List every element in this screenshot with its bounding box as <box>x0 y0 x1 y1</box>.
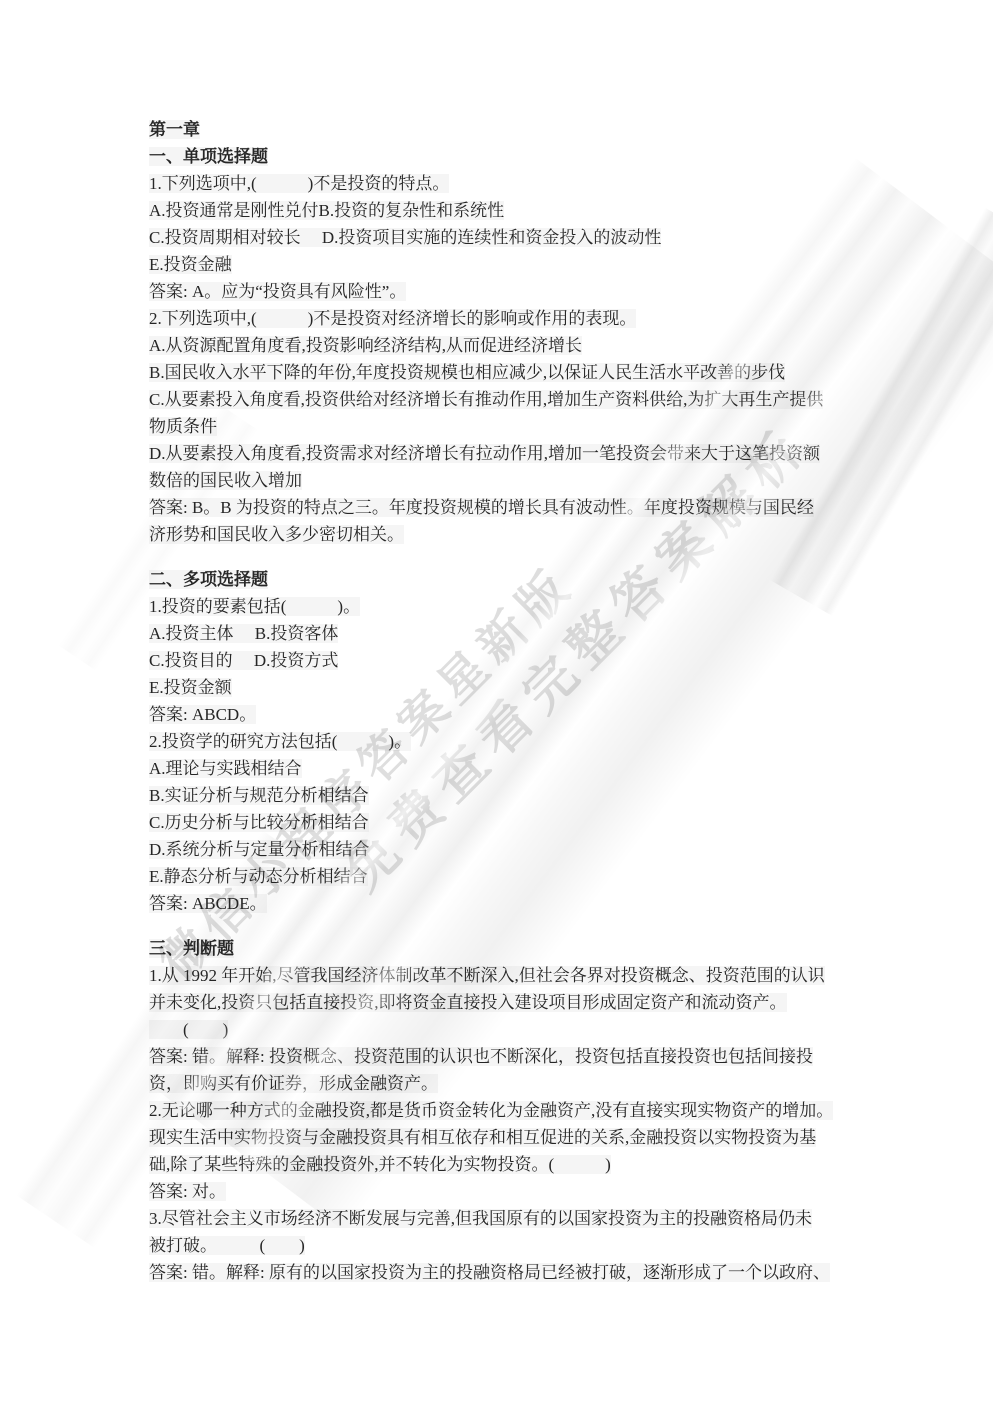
text-line: A.投资通常是刚性兑付B.投资的复杂性和系统性 <box>149 197 871 224</box>
text-line: 答案: 错。解释: 原有的以国家投资为主的投融资格局已经被打破，逐渐形成了一个以… <box>149 1259 871 1286</box>
text-line: 3.尽管社会主义市场经济不断发展与完善,但我国原有的以国家投资为主的投融资格局仍… <box>149 1205 871 1232</box>
text-line-text: 现实生活中实物投资与金融投资具有相互依存和相互促进的关系,金融投资以实物投资为基 <box>149 1128 816 1147</box>
text-line: 2.下列选项中,( )不是投资对经济增长的影响或作用的表现。 <box>149 305 871 332</box>
text-line-text: 3.尽管社会主义市场经济不断发展与完善,但我国原有的以国家投资为主的投融资格局仍… <box>149 1209 812 1228</box>
text-line-text: D.系统分析与定量分析相结合 <box>149 840 370 859</box>
text-line: E.投资金融 <box>149 251 871 278</box>
chapter-title-text: 第一章 <box>149 120 200 139</box>
text-line: 答案: 错。解释: 投资概念、投资范围的认识也不断深化，投资包括直接投资也包括间… <box>149 1043 871 1070</box>
text-line-text: 物质条件 <box>149 417 217 436</box>
text-line: 2.无论哪一种方式的金融投资,都是货币资金转化为金融资产,没有直接实现实物资产的… <box>149 1097 871 1124</box>
chapter-title: 第一章 <box>149 116 871 143</box>
text-line-text: C.投资目的 D.投资方式 <box>149 651 338 670</box>
document-content: 第一章 一、单项选择题1.下列选项中,( )不是投资的特点。A.投资通常是刚性兑… <box>149 116 871 1286</box>
text-line: 被打破。 ( ) <box>149 1232 871 1259</box>
text-line-text: 答案: A。应为“投资具有风险性”。 <box>149 282 406 301</box>
text-line-text: 答案: 错。解释: 投资概念、投资范围的认识也不断深化，投资包括直接投资也包括间… <box>149 1047 813 1066</box>
text-line-text: B.国民收入水平下降的年份,年度投资规模也相应减少,以保证人民生活水平改善的步伐 <box>149 363 785 382</box>
text-line-text: 答案: B。B 为投资的特点之三。年度投资规模的增长具有波动性。年度投资规模与国… <box>149 498 814 517</box>
text-line: 2.投资学的研究方法包括( )。 <box>149 728 871 755</box>
text-line-text: 资，即购买有价证券，形成金融资产。 <box>149 1074 438 1093</box>
text-line: 础,除了某些特殊的金融投资外,并不转化为实物投资。( ) <box>149 1151 871 1178</box>
text-line-text: E.静态分析与动态分析相结合 <box>149 867 368 886</box>
text-line: 济形势和国民收入多少密切相关。 <box>149 521 871 548</box>
text-line: 数倍的国民收入增加 <box>149 467 871 494</box>
text-line-text: E.投资金融 <box>149 255 232 274</box>
text-line: C.历史分析与比较分析相结合 <box>149 809 871 836</box>
text-line: D.从要素投入角度看,投资需求对经济增长有拉动作用,增加一笔投资会带来大于这笔投… <box>149 440 871 467</box>
text-line-text: 2.投资学的研究方法包括( )。 <box>149 732 411 751</box>
section-heading: 二、多项选择题 <box>149 566 871 593</box>
text-line-text: 答案: 错。解释: 原有的以国家投资为主的投融资格局已经被打破，逐渐形成了一个以… <box>149 1263 830 1282</box>
text-line: C.投资周期相对较长 D.投资项目实施的连续性和资金投入的波动性 <box>149 224 871 251</box>
text-line-text: ( ) <box>149 1020 228 1039</box>
text-line-text: 2.下列选项中,( )不是投资对经济增长的影响或作用的表现。 <box>149 309 636 328</box>
text-line: 物质条件 <box>149 413 871 440</box>
section-heading: 一、单项选择题 <box>149 143 871 170</box>
text-line: D.系统分析与定量分析相结合 <box>149 836 871 863</box>
text-line: E.投资金额 <box>149 674 871 701</box>
text-line: A.投资主体 B.投资客体 <box>149 620 871 647</box>
document-body: 一、单项选择题1.下列选项中,( )不是投资的特点。A.投资通常是刚性兑付B.投… <box>149 143 871 1286</box>
text-line: A.理论与实践相结合 <box>149 755 871 782</box>
text-line-text: C.投资周期相对较长 D.投资项目实施的连续性和资金投入的波动性 <box>149 228 661 247</box>
text-line-text: E.投资金额 <box>149 678 232 697</box>
text-line: 1.投资的要素包括( )。 <box>149 593 871 620</box>
text-line: 现实生活中实物投资与金融投资具有相互依存和相互促进的关系,金融投资以实物投资为基 <box>149 1124 871 1151</box>
text-line: C.投资目的 D.投资方式 <box>149 647 871 674</box>
text-line: 并未变化,投资只包括直接投资,即将资金直接投入建设项目形成固定资产和流动资产。 <box>149 989 871 1016</box>
text-line: 答案: A。应为“投资具有风险性”。 <box>149 278 871 305</box>
text-line: B.实证分析与规范分析相结合 <box>149 782 871 809</box>
section-heading-text: 二、多项选择题 <box>149 570 268 589</box>
scanned-document-page: 微信小程序答案星新版 免费查看完整答案解析 第一章 一、单项选择题1.下列选项中… <box>0 0 993 1404</box>
text-line-text: 1.投资的要素包括( )。 <box>149 597 360 616</box>
text-line-text: 1.从 1992 年开始,尽管我国经济体制改革不断深入,但社会各界对投资概念、投… <box>149 966 825 985</box>
section-heading: 三、判断题 <box>149 935 871 962</box>
text-line: 1.从 1992 年开始,尽管我国经济体制改革不断深入,但社会各界对投资概念、投… <box>149 962 871 989</box>
text-line: A.从资源配置角度看,投资影响经济结构,从而促进经济增长 <box>149 332 871 359</box>
text-line: 1.下列选项中,( )不是投资的特点。 <box>149 170 871 197</box>
text-line-text: 答案: ABCD。 <box>149 705 256 724</box>
text-line: 答案: 对。 <box>149 1178 871 1205</box>
text-line-text: 答案: ABCDE。 <box>149 894 267 913</box>
text-line: 资，即购买有价证券，形成金融资产。 <box>149 1070 871 1097</box>
text-line: B.国民收入水平下降的年份,年度投资规模也相应减少,以保证人民生活水平改善的步伐 <box>149 359 871 386</box>
text-line-text: D.从要素投入角度看,投资需求对经济增长有拉动作用,增加一笔投资会带来大于这笔投… <box>149 444 820 463</box>
text-line: E.静态分析与动态分析相结合 <box>149 863 871 890</box>
text-line-text: B.实证分析与规范分析相结合 <box>149 786 369 805</box>
text-line-text: A.理论与实践相结合 <box>149 759 302 778</box>
text-line-text: C.从要素投入角度看,投资供给对经济增长有推动作用,增加生产资料供给,为扩大再生… <box>149 390 823 409</box>
text-line-text: 并未变化,投资只包括直接投资,即将资金直接投入建设项目形成固定资产和流动资产。 <box>149 993 787 1012</box>
text-line-text: 济形势和国民收入多少密切相关。 <box>149 525 404 544</box>
text-line: 答案: ABCD。 <box>149 701 871 728</box>
section-heading-text: 三、判断题 <box>149 939 234 958</box>
text-line-text: 础,除了某些特殊的金融投资外,并不转化为实物投资。( ) <box>149 1155 611 1174</box>
text-line-text: C.历史分析与比较分析相结合 <box>149 813 369 832</box>
text-line-text: 数倍的国民收入增加 <box>149 471 302 490</box>
text-line-text: 被打破。 ( ) <box>149 1236 305 1255</box>
text-line: 答案: ABCDE。 <box>149 890 871 917</box>
text-line-text: 2.无论哪一种方式的金融投资,都是货币资金转化为金融资产,没有直接实现实物资产的… <box>149 1101 833 1120</box>
text-line-text: 1.下列选项中,( )不是投资的特点。 <box>149 174 449 193</box>
text-line: C.从要素投入角度看,投资供给对经济增长有推动作用,增加生产资料供给,为扩大再生… <box>149 386 871 413</box>
text-line: 答案: B。B 为投资的特点之三。年度投资规模的增长具有波动性。年度投资规模与国… <box>149 494 871 521</box>
text-line-text: A.投资主体 B.投资客体 <box>149 624 338 643</box>
text-line-text: A.投资通常是刚性兑付B.投资的复杂性和系统性 <box>149 201 504 220</box>
text-line-text: 答案: 对。 <box>149 1182 226 1201</box>
text-line-text: A.从资源配置角度看,投资影响经济结构,从而促进经济增长 <box>149 336 582 355</box>
text-line: ( ) <box>149 1016 871 1043</box>
section-heading-text: 一、单项选择题 <box>149 147 268 166</box>
